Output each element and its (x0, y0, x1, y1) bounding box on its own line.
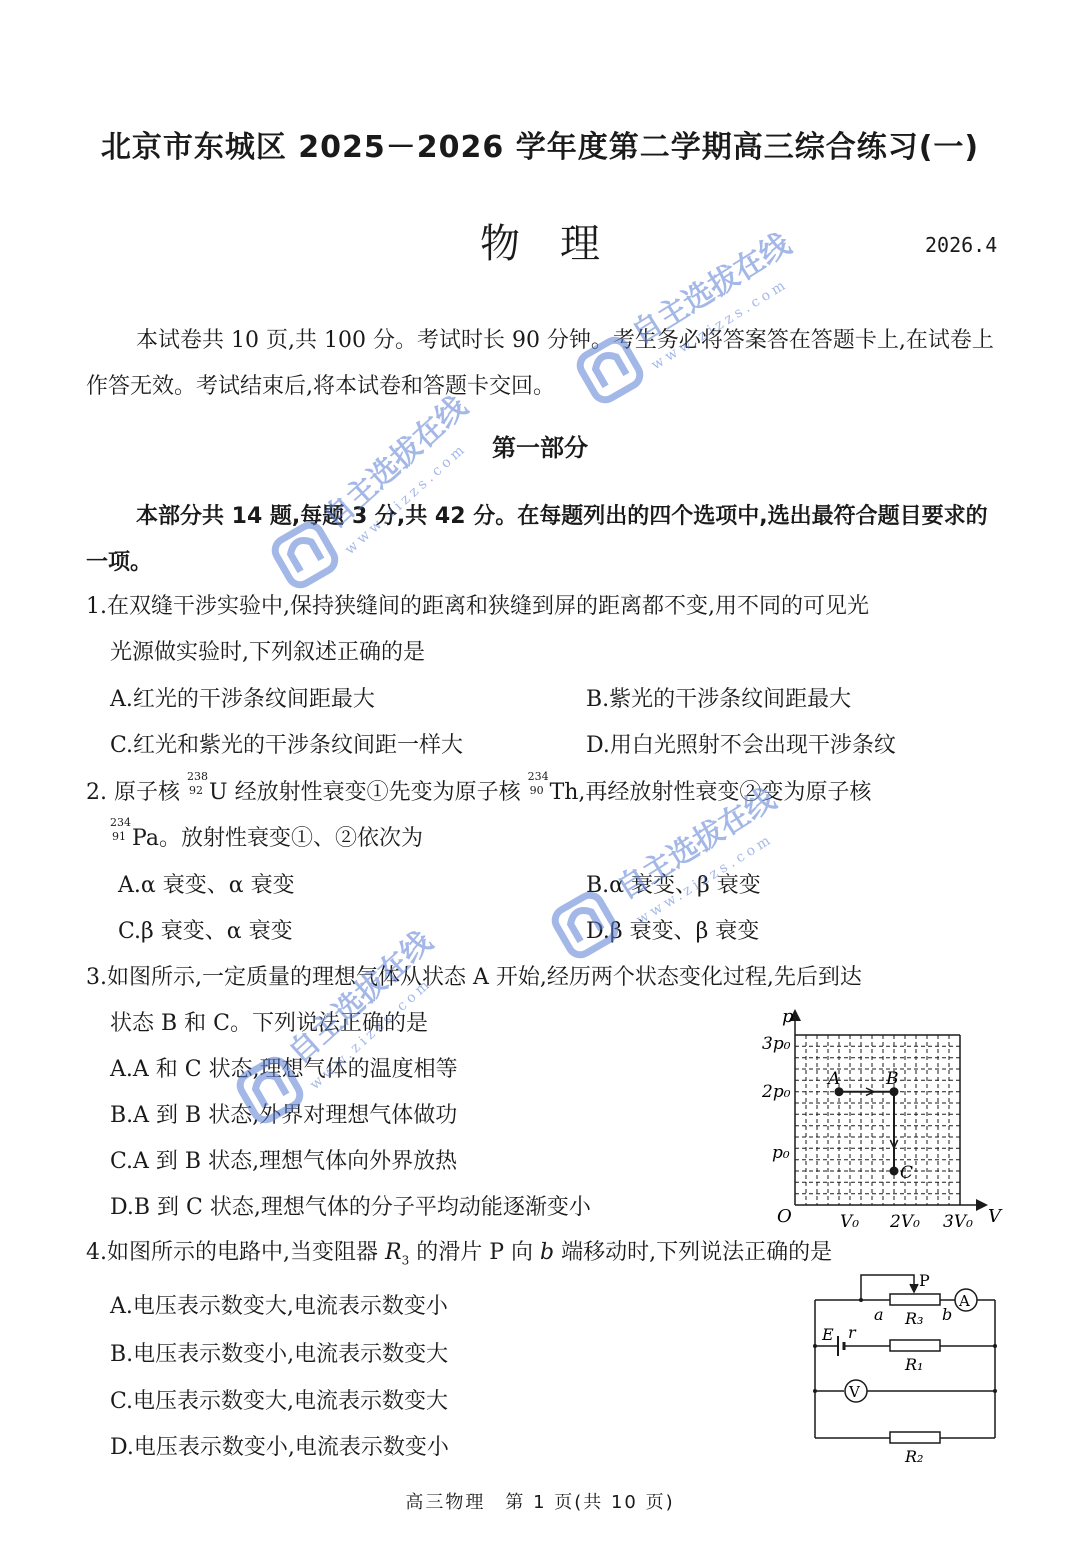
q4-option-b[interactable]: B.电压表示数变小,电流表示数变大 (110, 1332, 448, 1378)
q1-option-b[interactable]: B.紫光的干涉条纹间距最大 (586, 677, 851, 723)
question-stem: 的滑片 P 向 (416, 1240, 533, 1265)
option-text: 电压表示数变小,电流表示数变大 (133, 1342, 448, 1367)
option-label: C. (110, 1389, 133, 1414)
option-text: 电压表示数变大,电流表示数变小 (133, 1294, 448, 1319)
q2-option-a[interactable]: A.α 衰变、α 衰变 (118, 863, 295, 909)
terminal-a-label: a (874, 1305, 884, 1324)
label-a: A (826, 1069, 840, 1089)
part-title: 第一部分 (0, 428, 1080, 463)
option-label: B. (586, 873, 609, 898)
question-number: 2. (86, 780, 107, 805)
r1-label: R₁ (904, 1355, 923, 1374)
nuclide-pa234: 23491 (110, 825, 132, 845)
voltmeter-label: V (848, 1383, 861, 1401)
q2-option-d[interactable]: D.β 衰变、β 衰变 (586, 909, 759, 955)
option-text: 紫光的干涉条纹间距最大 (609, 687, 851, 712)
slider-label: P (919, 1271, 930, 1290)
q3-option-b[interactable]: B.A 到 B 状态,外界对理想气体做功 (110, 1093, 457, 1139)
internal-resistance-label: r (848, 1323, 857, 1342)
option-label: A. (110, 1294, 133, 1319)
question-stem: 原子核 (114, 780, 180, 805)
q4-option-a[interactable]: A.电压表示数变大,电流表示数变小 (110, 1284, 448, 1330)
x-tick-3v0: 3V₀ (943, 1212, 973, 1232)
variable-r: R (385, 1240, 402, 1265)
part-description: 本部分共 14 题,每题 3 分,共 42 分。在每题列出的四个选项中,选出最符… (86, 494, 1006, 586)
option-text: 电压表示数变大,电流表示数变大 (133, 1389, 448, 1414)
option-label: C. (118, 919, 141, 944)
question-stem: 。放射性衰变①、②依次为 (159, 826, 423, 851)
option-text: α 衰变、β 衰变 (609, 873, 761, 898)
question-stem: 端移动时,下列说法正确的是 (561, 1240, 832, 1265)
y-tick-p0: p₀ (772, 1143, 790, 1163)
option-label: C. (110, 1149, 133, 1174)
option-label: A. (110, 687, 133, 712)
question-stem: 在双缝干涉实验中,保持狭缝间的距离和狭缝到屏的距离都不变,用不同的可见光 (107, 594, 869, 619)
y-tick-2p0: 2p₀ (761, 1082, 791, 1102)
option-text: β 衰变、α 衰变 (141, 919, 293, 944)
option-label: D. (586, 733, 610, 758)
option-text: α 衰变、α 衰变 (141, 873, 295, 898)
option-label: A. (118, 873, 141, 898)
exam-title: 北京市东城区 2025－2026 学年度第二学期高三综合练习(一) (0, 122, 1080, 166)
option-label: B. (110, 1342, 133, 1367)
element-symbol: Pa (132, 826, 159, 851)
q4-option-d[interactable]: D.电压表示数变小,电流表示数变小 (110, 1425, 449, 1471)
option-label: B. (110, 1103, 133, 1128)
ammeter-label: A (958, 1292, 970, 1310)
exam-date: 2026.4 (925, 233, 997, 257)
pv-diagram: p V O 3p₀ 2p₀ p₀ V₀ 2V₀ 3V₀ A B C (750, 1000, 1010, 1240)
option-label: C. (110, 733, 133, 758)
question-2: 2. 原子核 23892U 经放射性衰变①先变为原子核 23490Th,再经放射… (86, 770, 1006, 862)
option-text: β 衰变、β 衰变 (610, 919, 759, 944)
option-label: A. (110, 1057, 133, 1082)
option-label: D. (110, 1195, 134, 1220)
r2-label: R₂ (904, 1447, 923, 1466)
option-text: A 到 B 状态,外界对理想气体做功 (133, 1103, 457, 1128)
option-text: 用白光照射不会出现干涉条纹 (610, 733, 896, 758)
question-stem: ,再经放射性衰变②变为原子核 (578, 780, 871, 805)
v-axis-label: V (988, 1206, 1003, 1227)
y-tick-3p0: 3p₀ (762, 1034, 791, 1054)
q3-option-c[interactable]: C.A 到 B 状态,理想气体向外界放热 (110, 1139, 457, 1185)
question-1: 1.在双缝干涉实验中,保持狭缝间的距离和狭缝到屏的距离都不变,用不同的可见光 光… (86, 584, 1006, 676)
p-axis-label: p (782, 1006, 794, 1027)
element-symbol: Th (550, 780, 579, 805)
question-stem-cont: 光源做实验时,下列叙述正确的是 (86, 630, 1006, 676)
option-label: D. (110, 1435, 134, 1460)
q1-option-c[interactable]: C.红光和紫光的干涉条纹间距一样大 (110, 723, 463, 769)
question-stem: 经放射性衰变①先变为原子核 (235, 780, 521, 805)
subject-title: 物理 (0, 212, 1080, 269)
element-symbol: U (209, 780, 228, 805)
q3-option-a[interactable]: A.A 和 C 状态,理想气体的温度相等 (110, 1047, 458, 1093)
label-b: B (885, 1069, 899, 1089)
x-tick-v0: V₀ (840, 1212, 859, 1232)
option-text: B 到 C 状态,理想气体的分子平均动能逐渐变小 (134, 1195, 591, 1220)
option-label: D. (586, 919, 610, 944)
terminal-b: b (540, 1240, 554, 1265)
q4-option-c[interactable]: C.电压表示数变大,电流表示数变大 (110, 1379, 448, 1425)
subscript: 3 (402, 1253, 410, 1267)
origin-label: O (777, 1206, 792, 1227)
q1-option-a[interactable]: A.红光的干涉条纹间距最大 (110, 677, 375, 723)
state-point-c (890, 1167, 899, 1176)
q3-option-d[interactable]: D.B 到 C 状态,理想气体的分子平均动能逐渐变小 (110, 1185, 591, 1231)
circuit-diagram: P A a b R₃ E r R₁ V R₂ (800, 1260, 1010, 1470)
option-text: A 和 C 状态,理想气体的温度相等 (133, 1057, 458, 1082)
r3-label: R₃ (904, 1309, 923, 1328)
question-stem: 如图所示,一定质量的理想气体从状态 A 开始,经历两个状态变化过程,先后到达 (107, 965, 862, 990)
terminal-b-label: b (942, 1305, 952, 1324)
label-c: C (900, 1163, 913, 1183)
question-stem: 如图所示的电路中,当变阻器 (107, 1240, 378, 1265)
page-footer: 高三物理 第 1 页(共 10 页) (0, 1488, 1080, 1514)
q2-option-b[interactable]: B.α 衰变、β 衰变 (586, 863, 761, 909)
question-number: 1. (86, 594, 107, 619)
q2-option-c[interactable]: C.β 衰变、α 衰变 (118, 909, 293, 955)
option-text: 电压表示数变小,电流表示数变小 (134, 1435, 449, 1460)
option-text: 红光的干涉条纹间距最大 (133, 687, 375, 712)
nuclide-th234: 23490 (528, 779, 550, 799)
emf-label: E (821, 1325, 834, 1344)
question-number: 3. (86, 965, 107, 990)
option-label: B. (586, 687, 609, 712)
x-tick-2v0: 2V₀ (889, 1212, 920, 1232)
nuclide-u238: 23892 (187, 779, 209, 799)
exam-instructions: 本试卷共 10 页,共 100 分。考试时长 90 分钟。考生务必将答案答在答题… (86, 318, 1006, 410)
question-number: 4. (86, 1240, 107, 1265)
option-text: A 到 B 状态,理想气体向外界放热 (133, 1149, 457, 1174)
q1-option-d[interactable]: D.用白光照射不会出现干涉条纹 (586, 723, 896, 769)
option-text: 红光和紫光的干涉条纹间距一样大 (133, 733, 463, 758)
grid-lines (795, 1035, 960, 1205)
